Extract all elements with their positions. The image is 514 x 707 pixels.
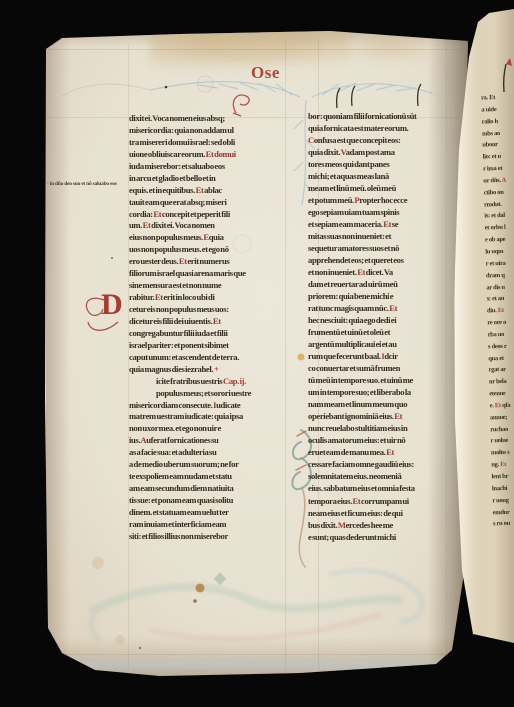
marginal-note: · in dño deo suo et nō saluabo eos bbox=[47, 181, 131, 187]
text-line: non uxor mea. et ego non uir e bbox=[129, 423, 299, 435]
text-line: a uide bbox=[481, 104, 511, 117]
text-line: moltu s bbox=[491, 447, 514, 460]
text-line: ng. Et bbox=[491, 459, 514, 472]
text-line: rmdut. bbox=[484, 198, 514, 211]
text-line: lnachi bbox=[492, 482, 514, 495]
text-line: cordia: Et concepit et peperit fili bbox=[129, 209, 299, 221]
text-line: rat tunc magis quam nūc. Et bbox=[308, 302, 460, 314]
text-line: dicetur eis filii dei uiuentis. Et bbox=[129, 316, 299, 328]
text-line: uione obliuiscar eorum. Et domui bbox=[129, 149, 299, 161]
text-line: emdur bbox=[492, 506, 514, 519]
marginal-note-tick: · bbox=[47, 181, 49, 187]
text-line: re ore o bbox=[487, 317, 514, 330]
text-line: etenur bbox=[489, 388, 514, 401]
text-line: priorem: quia bene michi e bbox=[308, 290, 460, 302]
text-line: Confusa est que concepit eos: bbox=[308, 134, 460, 146]
text-line: ruchao bbox=[490, 423, 514, 436]
text-line: caput unum: et ascendent de terra. bbox=[129, 352, 299, 364]
text-line: mitas suas non inueniet: et bbox=[308, 230, 460, 242]
text-line: lio: et u bbox=[483, 151, 513, 164]
text-line: annue; bbox=[490, 411, 514, 424]
chapter-initial: D bbox=[101, 290, 123, 320]
text-column-left: dixit ei. Voca nomen eius absq;misericor… bbox=[129, 113, 299, 543]
parchment-stain bbox=[335, 30, 445, 64]
text-line: et sepiam eam maceria. Et se bbox=[308, 218, 460, 230]
parchment-stain bbox=[150, 26, 350, 74]
text-line: bor: quoniam filii fornicationū sūt bbox=[308, 110, 460, 122]
text-line: ctibo on bbox=[484, 186, 514, 199]
text-line: rgat ar bbox=[488, 364, 514, 377]
text-line: iuda miserebor: et saluabo eos bbox=[129, 161, 299, 173]
text-line: michi; et aquas meas lanā bbox=[308, 170, 460, 182]
text-line: meam et linū meū. oleū meū bbox=[308, 182, 460, 194]
text-line: argentū multiplicaui ei et au bbox=[308, 338, 460, 350]
ruling-line bbox=[46, 49, 466, 50]
text-line: equis. et in equitibus. Et ablac bbox=[129, 185, 299, 197]
text-line: in arcu et gladio et bello et in bbox=[129, 173, 299, 185]
text-line: et orbu l bbox=[485, 222, 514, 235]
text-line: diu. Et bbox=[487, 305, 514, 318]
text-line: filiorum israel quasi arena maris que bbox=[129, 268, 299, 280]
text-line: israel pariter: et ponent sibimet bbox=[129, 340, 299, 352]
text-line: tauit eam que erat absq; miseri bbox=[129, 197, 299, 209]
text-line: nr bela bbox=[489, 376, 514, 389]
text-line: s: et au bbox=[487, 293, 514, 306]
text-line: misericordia: quia non addam ul bbox=[129, 125, 299, 137]
text-line: a de medio uberum suorum; ne for bbox=[129, 459, 299, 471]
text-line: eius. sabbatum eius et omnia festa bbox=[308, 482, 460, 494]
text-line: mbs ao bbox=[482, 127, 512, 140]
text-line: ra. Et bbox=[481, 92, 511, 105]
text-line: ur dñs. A bbox=[483, 175, 513, 188]
text-line: quia dixit. Vadam post ama bbox=[308, 146, 460, 158]
text-line: congregabuntur filii iuda et filii bbox=[129, 328, 299, 340]
text-line: co conuertar et sumā frumen bbox=[308, 362, 460, 374]
text-line: siti: et filios illius non miserebor bbox=[129, 531, 299, 543]
text-line: lent br bbox=[491, 471, 514, 484]
text-line: eruet eam de manu mea. Et bbox=[308, 446, 460, 458]
running-title: Ose bbox=[251, 63, 280, 83]
text-line: sine mensura est et non nume bbox=[129, 280, 299, 292]
text-line: s deos r bbox=[488, 340, 514, 353]
text-line: lu uqm bbox=[485, 246, 514, 259]
text-line: e. Et qfa bbox=[489, 399, 514, 412]
manuscript-page: Ose · in dño deo suo et nō saluabo eos d… bbox=[0, 0, 514, 707]
text-line: tis sue: et ponam eam quasi solitu bbox=[129, 495, 299, 507]
text-line: nunc reuelabo stultitiam eius in bbox=[308, 422, 460, 434]
text-line: ram inuiam et interficiam eam bbox=[129, 519, 299, 531]
text-line: rum que fecerunt baal. Idcir bbox=[308, 350, 460, 362]
text-line: te exspoliem eam nudam et statu bbox=[129, 471, 299, 483]
text-line: rabitur. Et erit in loco ubi di bbox=[129, 292, 299, 304]
text-line: r uoug bbox=[492, 494, 514, 507]
text-line: sequetur amatores suos et nō bbox=[308, 242, 460, 254]
text-line: r uolue bbox=[490, 435, 514, 448]
text-line: neam eius et ficum eius: de qui bbox=[308, 507, 460, 519]
text-line: tra misereri domui israel: sed obli bbox=[129, 137, 299, 149]
text-column-right: bor: quoniam filii fornicationū sūtquia … bbox=[308, 110, 460, 543]
text-line: rba uo bbox=[488, 328, 514, 341]
text-line: tū meū in tempore suo. et uinū me bbox=[308, 374, 460, 386]
text-line: is: et dal bbox=[484, 210, 514, 223]
text-line: r ima et bbox=[483, 163, 513, 176]
text-line: populus meus; et sorori uestre bbox=[129, 388, 299, 400]
text-line: icite fratribus uestris Cap. ij. bbox=[129, 376, 299, 388]
text-line: tores meos qui dant panes bbox=[308, 158, 460, 170]
text-line: matrem uestram iudicate: quia ipsa bbox=[129, 411, 299, 423]
text-line: nam meam et linum meum quo bbox=[308, 398, 460, 410]
text-line: misericordiam consecute. Iudicate bbox=[129, 400, 299, 412]
text-line: quia magnus dies iezrahel. + bbox=[129, 364, 299, 376]
text-line: et potum meū. Propter hoc ecce bbox=[308, 194, 460, 206]
text-line: cessare faciam omne gaudiū eius: bbox=[308, 458, 460, 470]
text-line: ubonr bbox=[482, 139, 512, 152]
text-line: eius non populus meus. Equia bbox=[129, 232, 299, 244]
page-bottom-edge bbox=[60, 656, 455, 672]
marginal-note-text: in dño deo suo et nō saluabo eos bbox=[50, 181, 117, 187]
text-line: qua et bbox=[488, 352, 514, 365]
text-line: ego sepiam uiam tuam spinis bbox=[308, 206, 460, 218]
text-line: e ob ape bbox=[485, 234, 514, 247]
text-line: uos non populus meus. et ego nō bbox=[129, 244, 299, 256]
text-line: um in tempore suo; et liberabo la bbox=[308, 386, 460, 398]
text-line: hec nesciuit: quia ego dedi ei bbox=[308, 314, 460, 326]
text-line: r et uira bbox=[486, 257, 514, 270]
text-line: ralio h bbox=[482, 115, 512, 128]
text-line: et non inueniet. Et dicet. Va bbox=[308, 266, 460, 278]
text-line: ar dis u bbox=[486, 281, 514, 294]
text-line: tempora eius. Et corrumpam ui bbox=[308, 495, 460, 507]
text-line: bus dixit. Mercedes hee me bbox=[308, 519, 460, 531]
text-line: apprehendet eos; et queret eos bbox=[308, 254, 460, 266]
text-line: frumentū et uinū et oleū et bbox=[308, 326, 460, 338]
text-line: oculis amatorum eius: et uir nō bbox=[308, 434, 460, 446]
text-line: quia fornicata est mater eorum. bbox=[308, 122, 460, 134]
text-line: um. Et dixit ei. Voca nomen bbox=[129, 220, 299, 232]
text-line: ius. Auferat fornicationes su bbox=[129, 435, 299, 447]
text-line: solemnitatem eius. neomeniā bbox=[308, 470, 460, 482]
ruling-line bbox=[55, 654, 450, 655]
text-line: as a facie sua: et adulteria su bbox=[129, 447, 299, 459]
text-line: cetur eis non populus meus uos: bbox=[129, 304, 299, 316]
text-line: ero uester deus. Et erit numerus bbox=[129, 256, 299, 268]
manuscript-photo: Ose · in dño deo suo et nō saluabo eos d… bbox=[0, 0, 514, 707]
text-line: dixit ei. Voca nomen eius absq; bbox=[129, 113, 299, 125]
text-line: dinem. et statuam eam uelut ter bbox=[129, 507, 299, 519]
text-line: e sunt; quas dederunt michi bbox=[308, 531, 460, 543]
text-line: dam et reuertar ad uirū meū bbox=[308, 278, 460, 290]
text-line: dram q bbox=[486, 269, 514, 282]
text-line: am eam secundum diem natiuita bbox=[129, 483, 299, 495]
text-line: s ru ou bbox=[493, 518, 514, 531]
text-line: operiebant ignominiā eius. Et bbox=[308, 410, 460, 422]
